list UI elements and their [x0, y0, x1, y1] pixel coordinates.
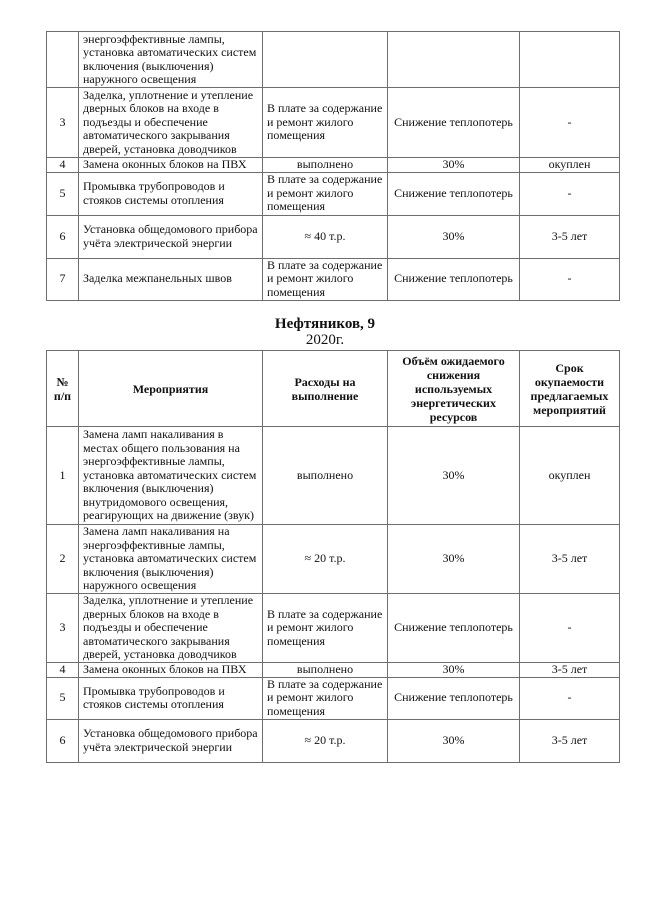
section-year: 2020г.: [0, 332, 650, 349]
payback-cell: -: [520, 677, 620, 719]
payback-cell: окуплен: [520, 427, 620, 525]
row-number: 1: [47, 427, 79, 525]
row-number: 4: [47, 158, 79, 173]
payback-cell: -: [520, 172, 620, 215]
header-num: № п/п: [47, 351, 79, 427]
measures-table-continued: энергоэффективные лампы, установка автом…: [46, 31, 620, 301]
table-row: 6Установка общедомового прибора учёта эл…: [47, 215, 620, 258]
table-row: 4Замена оконных блоков на ПВХвыполнено30…: [47, 663, 620, 678]
reduction-cell: Снижение теплопотерь: [388, 258, 520, 300]
cost-cell: ≈ 20 т.р.: [263, 719, 388, 762]
header-reduction: Объём ожидаемого снижения используемых э…: [388, 351, 520, 427]
cost-cell: В плате за содержание и ремонт жилого по…: [263, 594, 388, 663]
measures-table: № п/п Мероприятия Расходы на выполнение …: [46, 350, 620, 763]
cost-cell: ≈ 20 т.р.: [263, 525, 388, 594]
cost-cell: ≈ 40 т.р.: [263, 215, 388, 258]
payback-cell: 3-5 лет: [520, 719, 620, 762]
measure-cell: Замена оконных блоков на ПВХ: [79, 663, 263, 678]
reduction-cell: Снижение теплопотерь: [388, 594, 520, 663]
reduction-cell: 30%: [388, 158, 520, 173]
payback-cell: -: [520, 258, 620, 300]
reduction-cell: [388, 32, 520, 88]
payback-cell: [520, 32, 620, 88]
table-row: 6Установка общедомового прибора учёта эл…: [47, 719, 620, 762]
measure-cell: Установка общедомового прибора учёта эле…: [79, 215, 263, 258]
table1-body: энергоэффективные лампы, установка автом…: [47, 32, 620, 301]
reduction-cell: Снижение теплопотерь: [388, 677, 520, 719]
table-row: 3Заделка, уплотнение и утепление дверных…: [47, 88, 620, 158]
cost-cell: В плате за содержание и ремонт жилого по…: [263, 677, 388, 719]
table-row: 1Замена ламп накаливания в местах общего…: [47, 427, 620, 525]
table-row: 2Замена ламп накаливания на энергоэффект…: [47, 525, 620, 594]
measure-cell: Замена ламп накаливания на энергоэффекти…: [79, 525, 263, 594]
table-header-row: № п/п Мероприятия Расходы на выполнение …: [47, 351, 620, 427]
row-number: 5: [47, 677, 79, 719]
row-number: [47, 32, 79, 88]
payback-cell: 3-5 лет: [520, 525, 620, 594]
row-number: 7: [47, 258, 79, 300]
row-number: 4: [47, 663, 79, 678]
table-row: 3Заделка, уплотнение и утепление дверных…: [47, 594, 620, 663]
payback-cell: окуплен: [520, 158, 620, 173]
table-row: 4Замена оконных блоков на ПВХвыполнено30…: [47, 158, 620, 173]
reduction-cell: 30%: [388, 427, 520, 525]
payback-cell: 3-5 лет: [520, 663, 620, 678]
cost-cell: выполнено: [263, 427, 388, 525]
measure-cell: Замена оконных блоков на ПВХ: [79, 158, 263, 173]
cost-cell: выполнено: [263, 663, 388, 678]
cost-cell: В плате за содержание и ремонт жилого по…: [263, 172, 388, 215]
header-cost: Расходы на выполнение: [263, 351, 388, 427]
measure-cell: Промывка трубопроводов и стояков системы…: [79, 677, 263, 719]
payback-cell: -: [520, 594, 620, 663]
table-row: 5Промывка трубопроводов и стояков систем…: [47, 172, 620, 215]
measure-cell: Установка общедомового прибора учёта эле…: [79, 719, 263, 762]
reduction-cell: 30%: [388, 663, 520, 678]
header-measure: Мероприятия: [79, 351, 263, 427]
measure-cell: Заделка, уплотнение и утепление дверных …: [79, 594, 263, 663]
header-payback: Срок окупаемости предлагаемых мероприяти…: [520, 351, 620, 427]
table2-body: 1Замена ламп накаливания в местах общего…: [47, 427, 620, 763]
measure-cell: Заделка межпанельных швов: [79, 258, 263, 300]
section-title: Нефтяников, 9: [0, 316, 650, 333]
row-number: 6: [47, 215, 79, 258]
row-number: 2: [47, 525, 79, 594]
measure-cell: Заделка, уплотнение и утепление дверных …: [79, 88, 263, 158]
measure-cell: Замена ламп накаливания в местах общего …: [79, 427, 263, 525]
reduction-cell: Снижение теплопотерь: [388, 88, 520, 158]
cost-cell: В плате за содержание и ремонт жилого по…: [263, 88, 388, 158]
measure-cell: Промывка трубопроводов и стояков системы…: [79, 172, 263, 215]
table-row: 7Заделка межпанельных швовВ плате за сод…: [47, 258, 620, 300]
row-number: 3: [47, 88, 79, 158]
cost-cell: выполнено: [263, 158, 388, 173]
reduction-cell: 30%: [388, 525, 520, 594]
payback-cell: 3-5 лет: [520, 215, 620, 258]
payback-cell: -: [520, 88, 620, 158]
reduction-cell: 30%: [388, 215, 520, 258]
table-row: энергоэффективные лампы, установка автом…: [47, 32, 620, 88]
row-number: 3: [47, 594, 79, 663]
cost-cell: [263, 32, 388, 88]
row-number: 5: [47, 172, 79, 215]
table-row: 5Промывка трубопроводов и стояков систем…: [47, 677, 620, 719]
measure-cell: энергоэффективные лампы, установка автом…: [79, 32, 263, 88]
reduction-cell: Снижение теплопотерь: [388, 172, 520, 215]
reduction-cell: 30%: [388, 719, 520, 762]
cost-cell: В плате за содержание и ремонт жилого по…: [263, 258, 388, 300]
row-number: 6: [47, 719, 79, 762]
